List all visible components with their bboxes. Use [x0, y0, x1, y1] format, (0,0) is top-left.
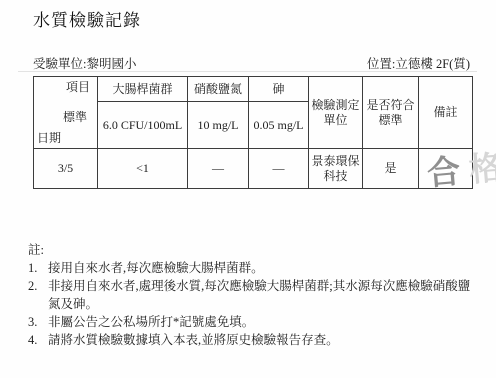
note-text: 接用自來水者,每次應檢驗大腸桿菌群。 — [48, 259, 482, 277]
list-item: 4. 請將水質檢驗數據填入本表,並將原史檢驗報告存查。 — [28, 331, 482, 349]
cell-agency: 景泰環保科技 — [309, 149, 363, 189]
stamp-char-secondary: 格 — [468, 150, 496, 190]
notes-list: 1. 接用自來水者,每次應檢驗大腸桿菌群。 2. 非接用自來水者,處理後水質,每… — [28, 259, 482, 349]
inspected-unit-text: 受驗單位:黎明國小 — [33, 54, 136, 72]
corner-standard-label: 標準 — [63, 110, 87, 125]
scanned-document-page: 水質檢驗記錄 受驗單位:黎明國小 位置:立德樓 2F(質) 項目 標準 日期 大… — [0, 0, 496, 378]
column-header-arsenic: 砷 — [249, 77, 309, 102]
list-item: 2. 非接用自來水者,處理後水質,每次應檢驗大腸桿菌群;其水源每次應檢驗硝酸鹽氮… — [28, 277, 482, 313]
note-number: 1. — [28, 259, 48, 277]
note-number: 3. — [28, 313, 48, 331]
note-number: 2. — [28, 277, 48, 313]
corner-date-label: 日期 — [37, 131, 61, 146]
standard-arsenic: 0.05 mg/L — [249, 102, 309, 149]
column-header-agency: 檢驗測定單位 — [309, 77, 363, 149]
notes-label: 註: — [28, 241, 482, 259]
stamp-char-primary: 合 — [426, 153, 471, 193]
standard-coliform: 6.0 CFU/100mL — [98, 102, 188, 149]
cell-coliform-value: <1 — [98, 149, 188, 189]
column-header-coliform: 大腸桿菌群 — [98, 77, 188, 102]
list-item: 1. 接用自來水者,每次應檢驗大腸桿菌群。 — [28, 259, 482, 277]
cell-compliant: 是 — [363, 149, 419, 189]
column-header-compliance: 是否符合標準 — [363, 77, 419, 149]
document-info-row: 受驗單位:黎明國小 位置:立德樓 2F(質) — [33, 54, 470, 72]
location-text: 位置:立德樓 2F(質) — [367, 54, 470, 72]
cell-date: 3/5 — [34, 149, 98, 189]
cell-nitrate-value: — — [188, 149, 249, 189]
corner-box: 項目 標準 日期 — [36, 78, 95, 148]
water-quality-table: 項目 標準 日期 大腸桿菌群 硝酸鹽氮 砷 檢驗測定單位 是否符合標準 備註 6… — [33, 76, 473, 189]
list-item: 3. 非屬公告之公私場所打*記號處免填。 — [28, 313, 482, 331]
scan-artifact-line — [18, 71, 477, 72]
corner-header-cell: 項目 標準 日期 — [34, 77, 98, 149]
note-text: 非屬公告之公私場所打*記號處免填。 — [48, 313, 482, 331]
note-text: 請將水質檢驗數據填入本表,並將原史檢驗報告存查。 — [48, 331, 482, 349]
corner-item-label: 項目 — [66, 80, 90, 95]
note-text: 非接用自來水者,處理後水質,每次應檢驗大腸桿菌群;其水源每次應檢驗硝酸鹽氮及砷。 — [48, 277, 482, 313]
column-header-nitrate: 硝酸鹽氮 — [188, 77, 249, 102]
notes-section: 註: 1. 接用自來水者,每次應檢驗大腸桿菌群。 2. 非接用自來水者,處理後水… — [28, 241, 482, 349]
cell-arsenic-value: — — [249, 149, 309, 189]
qualified-stamp: 合格 — [425, 141, 496, 195]
standard-nitrate: 10 mg/L — [188, 102, 249, 149]
column-header-remarks: 備註 — [419, 77, 473, 149]
note-number: 4. — [28, 331, 48, 349]
page-title: 水質檢驗記錄 — [33, 6, 141, 31]
table-row: 3/5 <1 — — 景泰環保科技 是 — [34, 149, 473, 189]
